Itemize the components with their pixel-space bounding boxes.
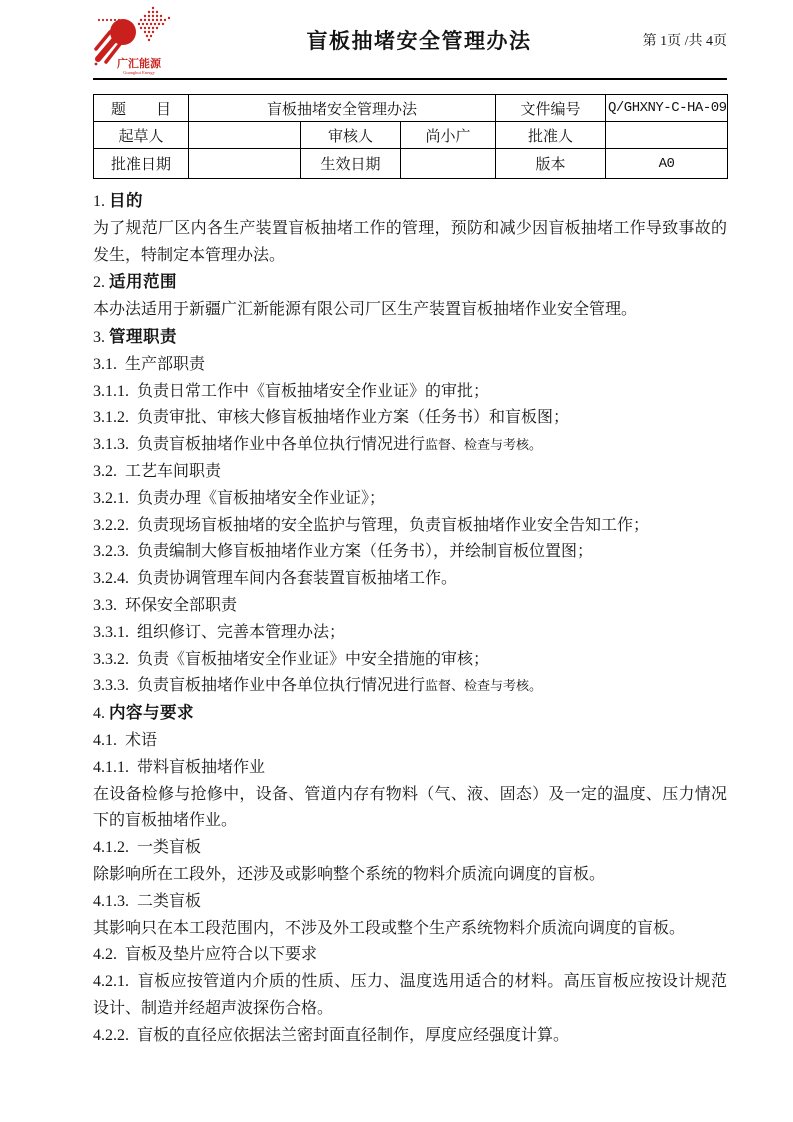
clause-small-text: 监督、检查与考核。 bbox=[425, 678, 542, 693]
approver-value-cell bbox=[606, 122, 728, 149]
comet-logo-icon: 广汇能源 Guanghui Energy bbox=[93, 5, 205, 75]
clause: 3.1.1. 负责日常工作中《盲板抽堵安全作业证》的审批； bbox=[93, 379, 727, 406]
paragraph: 本办法适用于新疆广汇新能源有限公司厂区生产装置盲板抽堵作业安全管理。 bbox=[93, 297, 727, 324]
clause: 3.1.3. 负责盲板抽堵作业中各单位执行情况进行监督、检查与考核。 bbox=[93, 432, 727, 459]
clause: 4.1.2. 一类盲板 bbox=[93, 835, 727, 862]
clause: 3.2.1. 负责办理《盲板抽堵安全作业证》； bbox=[93, 486, 727, 513]
paragraph: 其影响只在本工段范围内，不涉及外工段或整个生产系统物料介质流向调度的盲板。 bbox=[93, 916, 727, 943]
approval-date-value-cell bbox=[189, 149, 301, 179]
paragraph: 除影响所在工段外，还涉及或影响整个系统的物料介质流向调度的盲板。 bbox=[93, 862, 727, 889]
table-row: 起草人 审核人 尚小广 批准人 bbox=[94, 122, 728, 149]
document-page: 广汇能源 Guanghui Energy 盲板抽堵安全管理办法 第 1页 /共 … bbox=[0, 0, 793, 1122]
clause: 3.3.1. 组织修订、完善本管理办法； bbox=[93, 620, 727, 647]
company-logo: 广汇能源 Guanghui Energy bbox=[93, 5, 205, 75]
approver-label-cell: 批准人 bbox=[496, 122, 606, 149]
clause: 3.1. 生产部职责 bbox=[93, 352, 727, 379]
clause: 3.3.3. 负责盲板抽堵作业中各单位执行情况进行监督、检查与考核。 bbox=[93, 673, 727, 700]
section-number: 4. bbox=[93, 705, 109, 722]
table-row: 批准日期 生效日期 版本 A0 bbox=[94, 149, 728, 179]
section-heading-text: 适用范围 bbox=[109, 273, 177, 291]
approval-date-label-cell: 批准日期 bbox=[94, 149, 189, 179]
section-heading-text: 目的 bbox=[109, 192, 143, 210]
drafter-label-cell: 起草人 bbox=[94, 122, 189, 149]
clause: 4.1.1. 带料盲板抽堵作业 bbox=[93, 755, 727, 782]
version-value-cell: A0 bbox=[606, 149, 728, 179]
section-number: 2. bbox=[93, 274, 109, 291]
paragraph: 为了规范厂区内各生产装置盲板抽堵工作的管理，预防和减少因盲板抽堵工作导致事故的发… bbox=[93, 216, 727, 270]
logo-text: 广汇能源 bbox=[117, 56, 162, 70]
clause: 3.3. 环保安全部职责 bbox=[93, 593, 727, 620]
clause: 4.2.2. 盲板的直径应依据法兰密封面直径制作，厚度应经强度计算。 bbox=[93, 1023, 727, 1050]
effective-date-value-cell bbox=[401, 149, 496, 179]
reviewer-label-cell: 审核人 bbox=[301, 122, 401, 149]
section-heading: 3. 管理职责 bbox=[93, 324, 727, 352]
section-heading-text: 内容与要求 bbox=[109, 704, 194, 722]
clause: 3.2.2. 负责现场盲板抽堵的安全监护与管理，负责盲板抽堵作业安全告知工作； bbox=[93, 513, 727, 540]
doc-number-value-cell: Q/GHXNY-C-HA-09 bbox=[606, 95, 728, 122]
title-label-cell: 题 目 bbox=[94, 95, 189, 122]
title-value-cell: 盲板抽堵安全管理办法 bbox=[189, 95, 496, 122]
section-heading: 2. 适用范围 bbox=[93, 269, 727, 297]
section-heading-text: 管理职责 bbox=[109, 328, 177, 346]
clause: 3.2.4. 负责协调管理车间内各套装置盲板抽堵工作。 bbox=[93, 566, 727, 593]
table-row: 题 目 盲板抽堵安全管理办法 文件编号 Q/GHXNY-C-HA-09 bbox=[94, 95, 728, 122]
effective-date-label-cell: 生效日期 bbox=[301, 149, 401, 179]
header-divider bbox=[93, 78, 727, 80]
clause-small-text: 监督、检查与考核。 bbox=[425, 437, 542, 452]
drafter-value-cell bbox=[189, 122, 301, 149]
section-number: 3. bbox=[93, 329, 109, 346]
document-header: 广汇能源 Guanghui Energy 盲板抽堵安全管理办法 第 1页 /共 … bbox=[93, 5, 727, 75]
section-number: 1. bbox=[93, 193, 109, 210]
clause: 3.3.2. 负责《盲板抽堵安全作业证》中安全措施的审核； bbox=[93, 647, 727, 674]
doc-number-label-cell: 文件编号 bbox=[496, 95, 606, 122]
clause: 3.2.3. 负责编制大修盲板抽堵作业方案（任务书），并绘制盲板位置图； bbox=[93, 539, 727, 566]
clause: 3.2. 工艺车间职责 bbox=[93, 459, 727, 486]
clause: 4.2. 盲板及垫片应符合以下要求 bbox=[93, 942, 727, 969]
reviewer-value-cell: 尚小广 bbox=[401, 122, 496, 149]
version-label-cell: 版本 bbox=[496, 149, 606, 179]
paragraph: 在设备检修与抢修中，设备、管道内存有物料（气、液、固态）及一定的温度、压力情况下… bbox=[93, 782, 727, 836]
section-heading: 4. 内容与要求 bbox=[93, 700, 727, 728]
document-info-table: 题 目 盲板抽堵安全管理办法 文件编号 Q/GHXNY-C-HA-09 起草人 … bbox=[93, 94, 728, 179]
clause: 3.1.2. 负责审批、审核大修盲板抽堵作业方案（任务书）和盲板图； bbox=[93, 405, 727, 432]
clause: 4.1.3. 二类盲板 bbox=[93, 889, 727, 916]
page-title: 盲板抽堵安全管理办法 bbox=[205, 25, 615, 55]
clause: 4.1. 术语 bbox=[93, 728, 727, 755]
document-body: 1. 目的为了规范厂区内各生产装置盲板抽堵工作的管理，预防和减少因盲板抽堵工作导… bbox=[93, 188, 727, 1050]
page-number: 第 1页 /共 4页 bbox=[615, 30, 727, 50]
clause: 4.2.1. 盲板应按管道内介质的性质、压力、温度选用适合的材料。高压盲板应按设… bbox=[93, 969, 727, 1023]
logo-subtext: Guanghui Energy bbox=[123, 70, 156, 75]
section-heading: 1. 目的 bbox=[93, 188, 727, 216]
